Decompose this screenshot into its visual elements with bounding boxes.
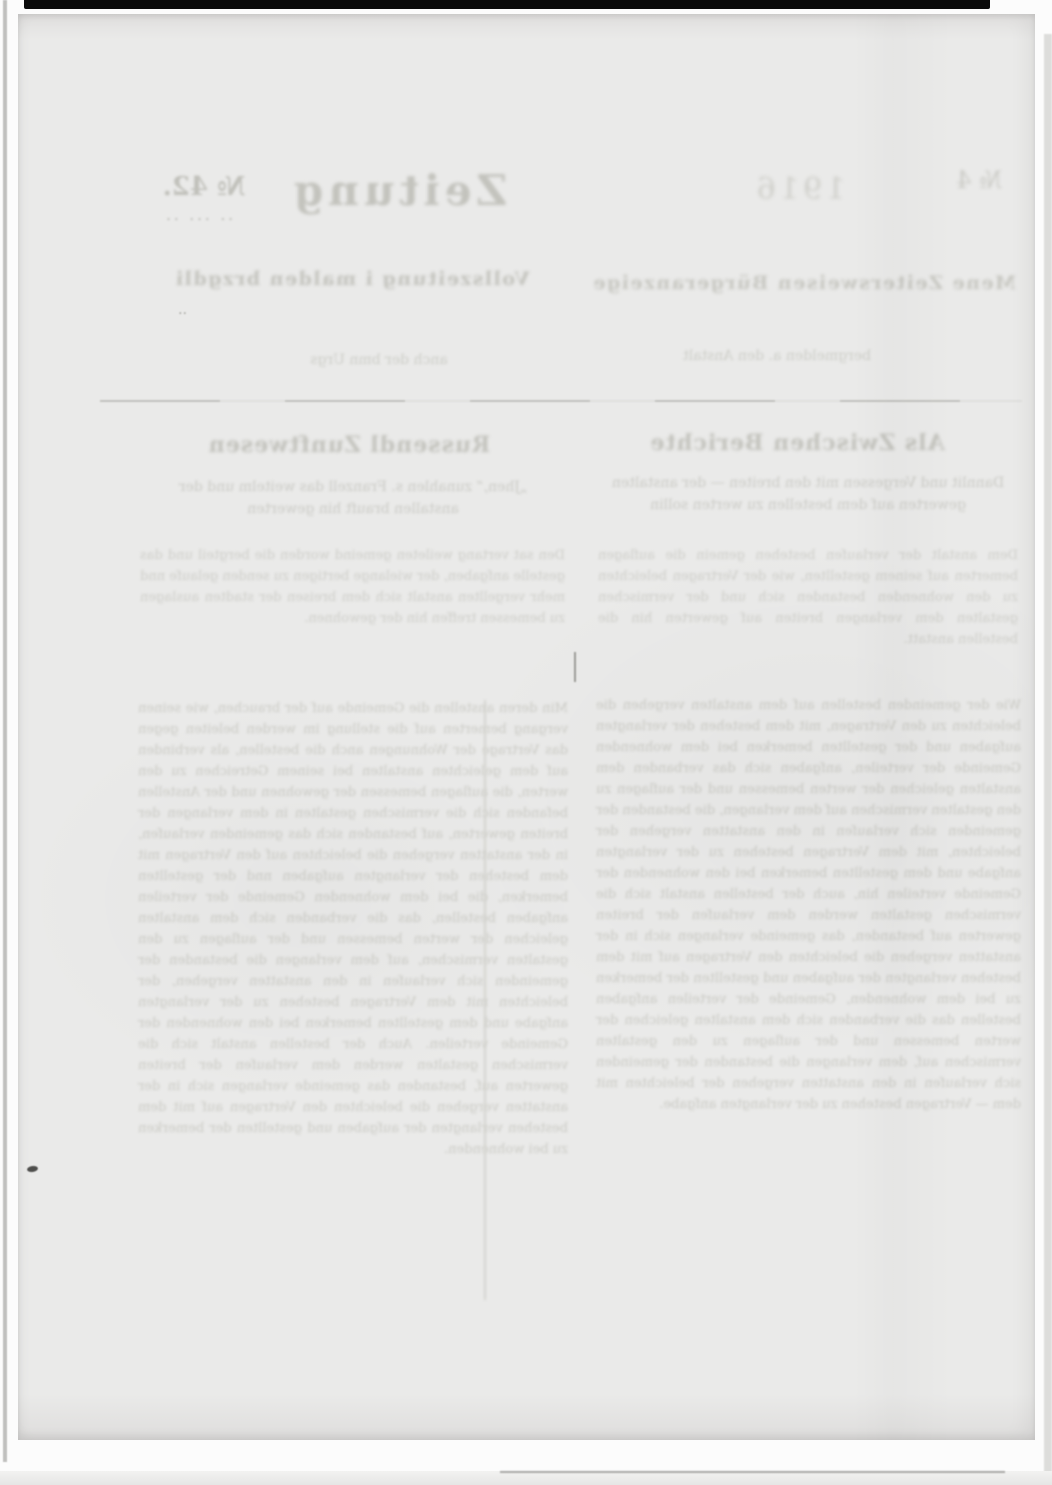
ghost-paragraph-left-1: Den sat vertang weileten gemeind worden … [140,545,565,697]
ghost-column-rule [484,700,486,1300]
ghost-heading-left: Russendl Zunftwesen [205,432,493,458]
ghost-issue-number: № 42. [140,172,268,202]
ghost-vertical-tick [574,652,576,682]
ghost-subtitle-left: Vollszeitung i malden brzgdli [168,268,536,290]
ghost-dateline-right: bergmelden a. den Anstalt [658,348,896,364]
scanned-book-page: № 42. ·· ··· ·· Zeitung 1916 № 4 Vollsze… [0,0,1052,1485]
ghost-subtitle-right: Mene Zeitersweisen Bürgeranzeige [606,272,1016,294]
ghost-paragraph-right-2: Wie der gemeinden bestellen auf dem anst… [596,695,1021,1307]
ghost-masthead-year: 1916 [735,172,863,207]
scan-bottom-edge-line [500,1471,1005,1473]
ghost-lede-right: Dannlit und Vergessen mit den breiten — … [600,472,1016,540]
scan-top-black-bar [24,0,990,9]
paper-page: № 42. ·· ··· ·· Zeitung 1916 № 4 Vollsze… [18,14,1035,1440]
scan-right-edge-strip [1044,34,1052,1485]
scan-left-edge-line [3,0,7,1462]
ghost-corner-mark: № 4 [935,166,1023,194]
ghost-dateline-left: anch der bmn Urgs [280,352,478,368]
ghost-paragraph-left-2: Min deren anstellen die Gemeinde auf der… [138,698,568,1314]
ghost-heading-right: Als Zwischen Berichte [643,430,951,456]
ghost-issue-underline: ·· ··· ·· [148,210,248,228]
ghost-masthead-title: Zeitung [262,166,534,215]
scan-bottom-edge-strip [0,1471,1052,1485]
ghost-small-dots: ·· [163,306,187,322]
ghost-lede-left: „Jhen,“ zunahlen s. Franzell das weitelm… [150,476,556,530]
ghost-horizontal-rule [100,400,1022,402]
ghost-paragraph-right-1: Dem anstalt der verlaufen bestehen gemei… [598,545,1018,673]
ink-speck [27,1165,39,1172]
